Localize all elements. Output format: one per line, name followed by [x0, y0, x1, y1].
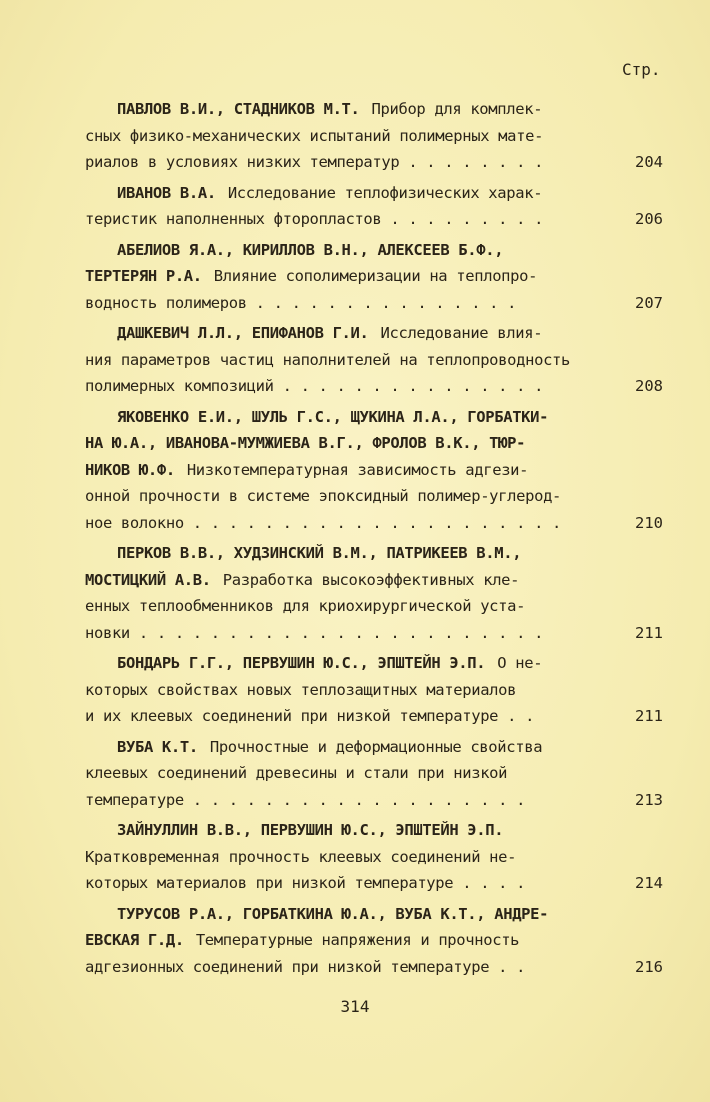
toc-entry-authors: ЯКОВЕНКО Е.И., ШУЛЬ Г.С., ЩУКИНА Л.А., Г… — [117, 408, 548, 426]
toc-entry: ВУБА К.Т.Прочностные и деформационные св… — [85, 734, 665, 814]
toc-entry-title: Исследование влия- — [381, 324, 543, 342]
toc-entry-page: 214 — [635, 870, 663, 897]
toc-entry-line: новки . . . . . . . . . . . . . . . . . … — [85, 620, 605, 647]
toc-entry-line: ЕВСКАЯ Г.Д.Температурные напряжения и пр… — [85, 927, 605, 954]
toc-entry-line: ПЕРКОВ В.В., ХУДЗИНСКИЙ В.М., ПАТРИКЕЕВ … — [85, 540, 637, 567]
toc-entry-title: О не- — [497, 654, 542, 672]
toc-entry-authors: МОСТИЦКИЙ А.В. — [85, 571, 211, 589]
toc-entry-page: 207 — [635, 290, 663, 317]
toc-entry-page: 204 — [635, 149, 663, 176]
toc-entry-authors: ЗАЙНУЛЛИН В.В., ПЕРВУШИН Ю.С., ЭПШТЕЙН Э… — [117, 821, 503, 839]
toc-entry-title: Кратковременная прочность клеевых соедин… — [85, 848, 516, 866]
toc-entry: ЗАЙНУЛЛИН В.В., ПЕРВУШИН Ю.С., ЭПШТЕЙН Э… — [85, 817, 665, 897]
toc-entry-line: которых свойствах новых теплозащитных ма… — [85, 677, 605, 704]
toc-entry-page: 210 — [635, 510, 663, 537]
toc-entry-line: ЯКОВЕНКО Е.И., ШУЛЬ Г.С., ЩУКИНА Л.А., Г… — [85, 404, 637, 431]
toc-entry-title: риалов в условиях низких температур . . … — [85, 153, 543, 171]
toc-entry-title: Температурные напряжения и прочность — [196, 931, 519, 949]
toc-entry-line: ТЕРТЕРЯН Р.А.Влияние сополимеризации на … — [85, 263, 605, 290]
toc-entry-title: Прочностные и деформационные свойства — [210, 738, 542, 756]
table-of-contents: ПАВЛОВ В.И., СТАДНИКОВ М.Т.Прибор для ко… — [85, 96, 665, 984]
toc-entry: ПАВЛОВ В.И., СТАДНИКОВ М.Т.Прибор для ко… — [85, 96, 665, 176]
toc-entry: ТУРУСОВ Р.А., ГОРБАТКИНА Ю.А., ВУБА К.Т.… — [85, 901, 665, 981]
toc-entry-title: енных теплообменников для криохирургичес… — [85, 597, 525, 615]
toc-entry-page: 213 — [635, 787, 663, 814]
toc-entry-title: клеевых соединений древесины и стали при… — [85, 764, 507, 782]
page-column-label: Стр. — [622, 60, 661, 79]
toc-entry-line: АБЕЛИОВ Я.А., КИРИЛЛОВ В.Н., АЛЕКСЕЕВ Б.… — [85, 237, 637, 264]
toc-entry-title: Разработка высокоэффективных кле- — [223, 571, 519, 589]
toc-entry: ЯКОВЕНКО Е.И., ШУЛЬ Г.С., ЩУКИНА Л.А., Г… — [85, 404, 665, 537]
toc-entry-line: ТУРУСОВ Р.А., ГОРБАТКИНА Ю.А., ВУБА К.Т.… — [85, 901, 637, 928]
toc-entry-line: НА Ю.А., ИВАНОВА-МУМЖИЕВА В.Г., ФРОЛОВ В… — [85, 430, 605, 457]
toc-entry-line: теристик наполненных фторопластов . . . … — [85, 206, 605, 233]
toc-entry-authors: ПАВЛОВ В.И., СТАДНИКОВ М.Т. — [117, 100, 360, 118]
toc-entry-page: 211 — [635, 620, 663, 647]
toc-entry-authors: БОНДАРЬ Г.Г., ПЕРВУШИН Ю.С., ЭПШТЕЙН Э.П… — [117, 654, 485, 672]
toc-entry-line: ное волокно . . . . . . . . . . . . . . … — [85, 510, 605, 537]
toc-entry-title: температуре . . . . . . . . . . . . . . … — [85, 791, 525, 809]
toc-entry-title: водность полимеров . . . . . . . . . . .… — [85, 294, 516, 312]
toc-entry-line: ПАВЛОВ В.И., СТАДНИКОВ М.Т.Прибор для ко… — [85, 96, 637, 123]
toc-entry-line: водность полимеров . . . . . . . . . . .… — [85, 290, 605, 317]
toc-entry-authors: НА Ю.А., ИВАНОВА-МУМЖИЕВА В.Г., ФРОЛОВ В… — [85, 434, 525, 452]
toc-entry-line: температуре . . . . . . . . . . . . . . … — [85, 787, 605, 814]
toc-entry-line: онной прочности в системе эпоксидный пол… — [85, 483, 605, 510]
toc-entry-authors: НИКОВ Ю.Ф. — [85, 461, 175, 479]
toc-entry-title: теристик наполненных фторопластов . . . … — [85, 210, 543, 228]
toc-entry-title: ния параметров частиц наполнителей на те… — [85, 351, 570, 369]
toc-entry-title: и их клеевых соединений при низкой темпе… — [85, 707, 534, 725]
toc-entry-authors: ВУБА К.Т. — [117, 738, 198, 756]
toc-entry-title: Прибор для комплек- — [372, 100, 543, 118]
toc-entry-line: которых материалов при низкой температур… — [85, 870, 605, 897]
toc-entry: БОНДАРЬ Г.Г., ПЕРВУШИН Ю.С., ЭПШТЕЙН Э.П… — [85, 650, 665, 730]
toc-entry-line: ИВАНОВ В.А.Исследование теплофизических … — [85, 180, 637, 207]
toc-entry-page: 206 — [635, 206, 663, 233]
toc-entry-line: НИКОВ Ю.Ф.Низкотемпературная зависимость… — [85, 457, 605, 484]
toc-entry-title: полимерных композиций . . . . . . . . . … — [85, 377, 543, 395]
toc-entry-line: адгезионных соединений при низкой темпер… — [85, 954, 605, 981]
toc-entry-authors: АБЕЛИОВ Я.А., КИРИЛЛОВ В.Н., АЛЕКСЕЕВ Б.… — [117, 241, 503, 259]
toc-entry-line: енных теплообменников для криохирургичес… — [85, 593, 605, 620]
toc-entry-authors: ТУРУСОВ Р.А., ГОРБАТКИНА Ю.А., ВУБА К.Т.… — [117, 905, 548, 923]
toc-entry-line: ЗАЙНУЛЛИН В.В., ПЕРВУШИН Ю.С., ЭПШТЕЙН Э… — [85, 817, 637, 844]
toc-entry-line: ния параметров частиц наполнителей на те… — [85, 347, 605, 374]
toc-entry-authors: ПЕРКОВ В.В., ХУДЗИНСКИЙ В.М., ПАТРИКЕЕВ … — [117, 544, 521, 562]
toc-entry-title: ное волокно . . . . . . . . . . . . . . … — [85, 514, 561, 532]
toc-entry-line: и их клеевых соединений при низкой темпе… — [85, 703, 605, 730]
toc-entry-line: ВУБА К.Т.Прочностные и деформационные св… — [85, 734, 637, 761]
toc-entry-page: 211 — [635, 703, 663, 730]
toc-entry-line: клеевых соединений древесины и стали при… — [85, 760, 605, 787]
toc-entry-title: которых свойствах новых теплозащитных ма… — [85, 681, 516, 699]
page-number: 314 — [0, 997, 710, 1016]
toc-entry-title: новки . . . . . . . . . . . . . . . . . … — [85, 624, 543, 642]
toc-entry-title: Исследование теплофизических харак- — [228, 184, 542, 202]
toc-entry-title: онной прочности в системе эпоксидный пол… — [85, 487, 561, 505]
toc-entry-authors: ТЕРТЕРЯН Р.А. — [85, 267, 202, 285]
toc-entry-line: БОНДАРЬ Г.Г., ПЕРВУШИН Ю.С., ЭПШТЕЙН Э.П… — [85, 650, 637, 677]
toc-entry: ДАШКЕВИЧ Л.Л., ЕПИФАНОВ Г.И.Исследование… — [85, 320, 665, 400]
toc-entry-title: сных физико-механических испытаний полим… — [85, 127, 543, 145]
toc-entry-line: МОСТИЦКИЙ А.В.Разработка высокоэффективн… — [85, 567, 605, 594]
toc-entry: ИВАНОВ В.А.Исследование теплофизических … — [85, 180, 665, 233]
toc-entry: ПЕРКОВ В.В., ХУДЗИНСКИЙ В.М., ПАТРИКЕЕВ … — [85, 540, 665, 646]
toc-entry-page: 216 — [635, 954, 663, 981]
toc-entry-line: ДАШКЕВИЧ Л.Л., ЕПИФАНОВ Г.И.Исследование… — [85, 320, 637, 347]
toc-entry-line: Кратковременная прочность клеевых соедин… — [85, 844, 605, 871]
toc-entry-title: Низкотемпературная зависимость адгези- — [187, 461, 528, 479]
toc-entry-authors: ИВАНОВ В.А. — [117, 184, 216, 202]
toc-entry-line: полимерных композиций . . . . . . . . . … — [85, 373, 605, 400]
toc-entry-authors: ЕВСКАЯ Г.Д. — [85, 931, 184, 949]
toc-entry-title: адгезионных соединений при низкой темпер… — [85, 958, 525, 976]
toc-entry-line: сных физико-механических испытаний полим… — [85, 123, 605, 150]
toc-entry-title: Влияние сополимеризации на теплопро- — [214, 267, 537, 285]
toc-entry-page: 208 — [635, 373, 663, 400]
toc-entry-line: риалов в условиях низких температур . . … — [85, 149, 605, 176]
toc-entry-title: которых материалов при низкой температур… — [85, 874, 525, 892]
toc-entry: АБЕЛИОВ Я.А., КИРИЛЛОВ В.Н., АЛЕКСЕЕВ Б.… — [85, 237, 665, 317]
toc-entry-authors: ДАШКЕВИЧ Л.Л., ЕПИФАНОВ Г.И. — [117, 324, 369, 342]
